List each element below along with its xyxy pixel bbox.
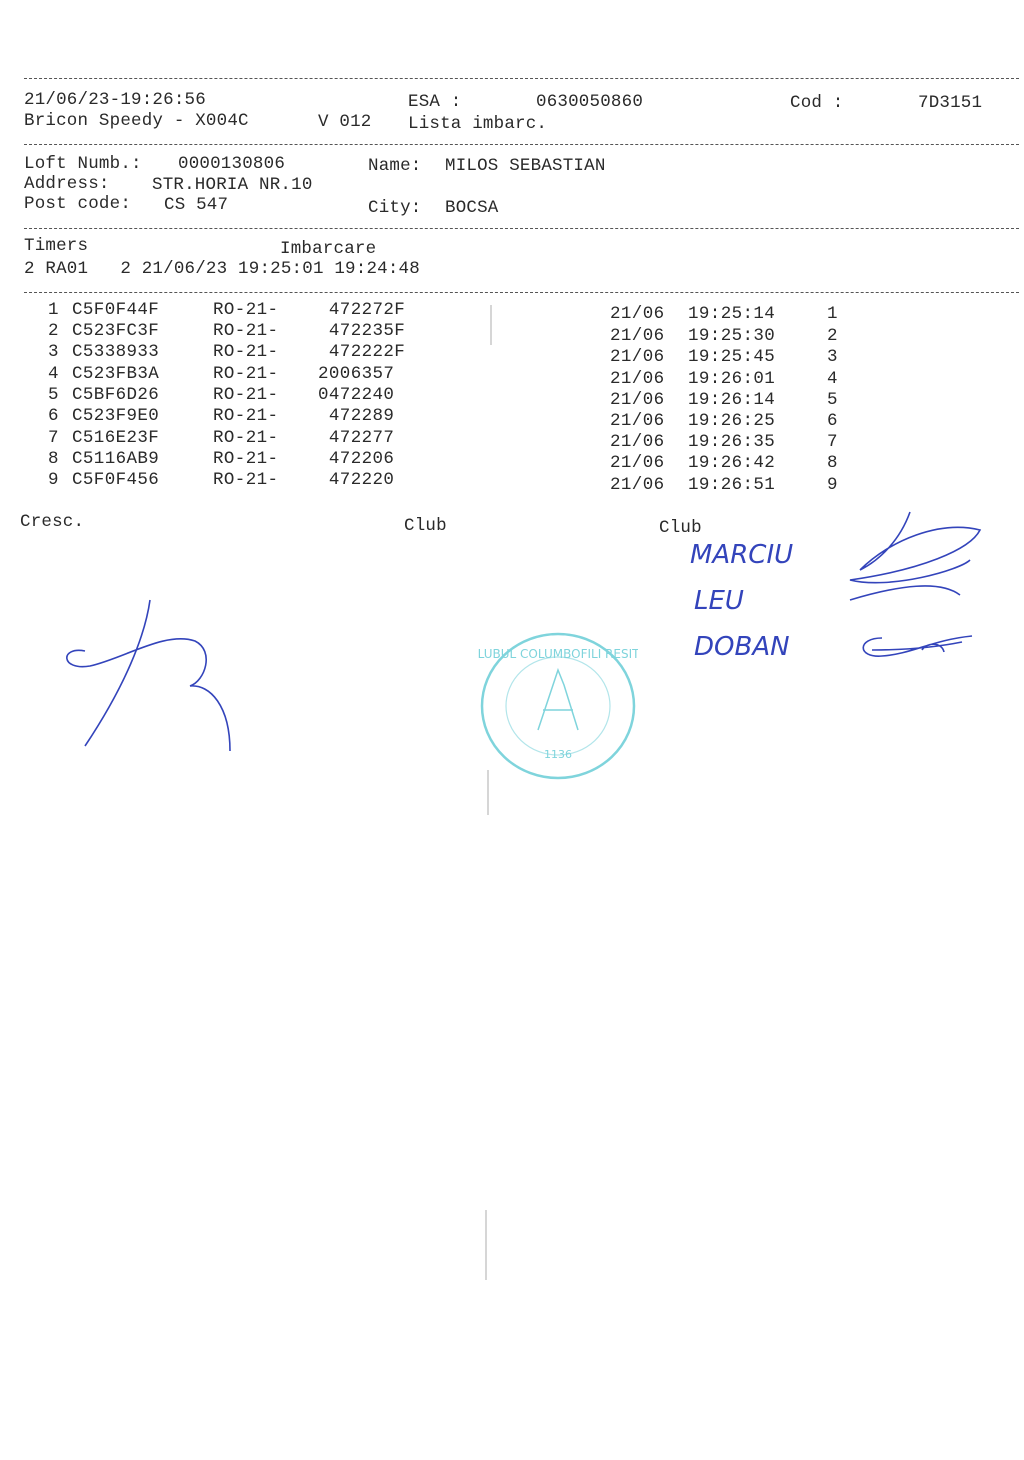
club-signature-2 (852, 628, 982, 668)
arrival-date: 21/06 (610, 432, 665, 452)
arrival-rank: 5 (827, 390, 838, 410)
arrival-time: 19:26:42 (688, 453, 775, 473)
chip-id: C5BF6D26 (72, 385, 159, 405)
bird-number: 2 (48, 321, 59, 341)
ring-prefix: RO-21- (213, 300, 278, 320)
arrival-time: 19:26:25 (688, 411, 775, 431)
timers-line: 2 RA01 2 21/06/23 19:25:01 19:24:48 (24, 259, 420, 279)
ring-number: 0472240 (318, 385, 394, 405)
ring-number: 472222F (318, 342, 405, 362)
arrival-date: 21/06 (610, 326, 665, 346)
handwritten-name-2: LEU (694, 586, 744, 616)
loft-label: Loft Numb.: (24, 154, 142, 174)
bird-number: 1 (48, 300, 59, 320)
separator (24, 228, 1019, 229)
loft-value: 0000130806 (178, 154, 285, 174)
handwritten-name-1: MARCIU (690, 540, 793, 570)
chip-id: C523F9E0 (72, 406, 159, 426)
arrival-date: 21/06 (610, 411, 665, 431)
separator (24, 78, 1019, 79)
svg-text:CLUBUL COLUMBOFILI RESITA: CLUBUL COLUMBOFILI RESITA (478, 647, 638, 661)
arrival-date: 21/06 (610, 390, 665, 410)
name-value: MILOS SEBASTIAN (445, 156, 606, 176)
club-label-2: Club (659, 518, 702, 538)
arrival-time: 19:26:51 (688, 475, 775, 495)
arrival-date: 21/06 (610, 475, 665, 495)
arrival-date: 21/06 (610, 369, 665, 389)
arrival-date: 21/06 (610, 347, 665, 367)
device-name: Bricon Speedy - X004C (24, 111, 249, 131)
esa-value: 0630050860 (536, 92, 643, 112)
bird-number: 5 (48, 385, 59, 405)
list-title: Lista imbarc. (408, 114, 547, 134)
imbarcare-label: Imbarcare (280, 239, 376, 259)
bird-number: 7 (48, 428, 59, 448)
bird-number: 9 (48, 470, 59, 490)
ring-number: 2006357 (318, 364, 394, 384)
bird-number: 6 (48, 406, 59, 426)
timers-label: Timers (24, 236, 88, 256)
arrival-rank: 7 (827, 432, 838, 452)
ring-prefix: RO-21- (213, 342, 278, 362)
cod-value: 7D3151 (918, 93, 982, 113)
arrival-rank: 9 (827, 475, 838, 495)
name-label: Name: (368, 156, 422, 176)
arrival-time: 19:25:30 (688, 326, 775, 346)
chip-id: C5338933 (72, 342, 159, 362)
separator (24, 292, 1019, 293)
chip-id: C5116AB9 (72, 449, 159, 469)
club-label-1: Club (404, 516, 447, 536)
ring-number: 472235F (318, 321, 405, 341)
club-signature-1 (820, 500, 1000, 620)
ring-prefix: RO-21- (213, 406, 278, 426)
arrival-time: 19:26:35 (688, 432, 775, 452)
ring-number: 472272F (318, 300, 405, 320)
ring-prefix: RO-21- (213, 364, 278, 384)
arrival-rank: 4 (827, 369, 838, 389)
postcode-label: Post code: (24, 194, 131, 214)
bird-number: 3 (48, 342, 59, 362)
chip-id: C5F0F456 (72, 470, 159, 490)
club-stamp: CLUBUL COLUMBOFILI RESITA 1136 (478, 630, 638, 782)
ring-prefix: RO-21- (213, 428, 278, 448)
arrival-time: 19:25:14 (688, 304, 775, 324)
chip-id: C523FB3A (72, 364, 159, 384)
ring-prefix: RO-21- (213, 449, 278, 469)
bird-number: 8 (48, 449, 59, 469)
arrival-time: 19:26:01 (688, 369, 775, 389)
arrival-rank: 1 (827, 304, 838, 324)
ring-prefix: RO-21- (213, 470, 278, 490)
arrival-time: 19:26:14 (688, 390, 775, 410)
arrival-rank: 2 (827, 326, 838, 346)
cresc-label: Cresc. (20, 512, 84, 532)
city-label: City: (368, 198, 422, 218)
bird-number: 4 (48, 364, 59, 384)
ring-prefix: RO-21- (213, 321, 278, 341)
svg-text:1136: 1136 (544, 748, 572, 761)
handwritten-name-3: DOBAN (694, 632, 790, 662)
chip-id: C5F0F44F (72, 300, 159, 320)
arrival-rank: 6 (827, 411, 838, 431)
address-label: Address: (24, 174, 110, 194)
separator (24, 144, 1019, 145)
postcode-value: CS 547 (164, 195, 228, 215)
ring-number: 472206 (318, 449, 394, 469)
breeder-signature (55, 596, 245, 756)
chip-id: C523FC3F (72, 321, 159, 341)
print-datetime: 21/06/23-19:26:56 (24, 90, 206, 110)
arrival-time: 19:25:45 (688, 347, 775, 367)
city-value: BOCSA (445, 198, 499, 218)
address-value: STR.HORIA NR.10 (152, 175, 313, 195)
arrival-rank: 3 (827, 347, 838, 367)
ring-number: 472289 (318, 406, 394, 426)
ring-prefix: RO-21- (213, 385, 278, 405)
cod-label: Cod : (790, 93, 844, 113)
arrival-date: 21/06 (610, 453, 665, 473)
esa-label: ESA : (408, 92, 462, 112)
chip-id: C516E23F (72, 428, 159, 448)
device-version: V 012 (318, 112, 372, 132)
ring-number: 472277 (318, 428, 394, 448)
ring-number: 472220 (318, 470, 394, 490)
arrival-rank: 8 (827, 453, 838, 473)
arrival-date: 21/06 (610, 304, 665, 324)
